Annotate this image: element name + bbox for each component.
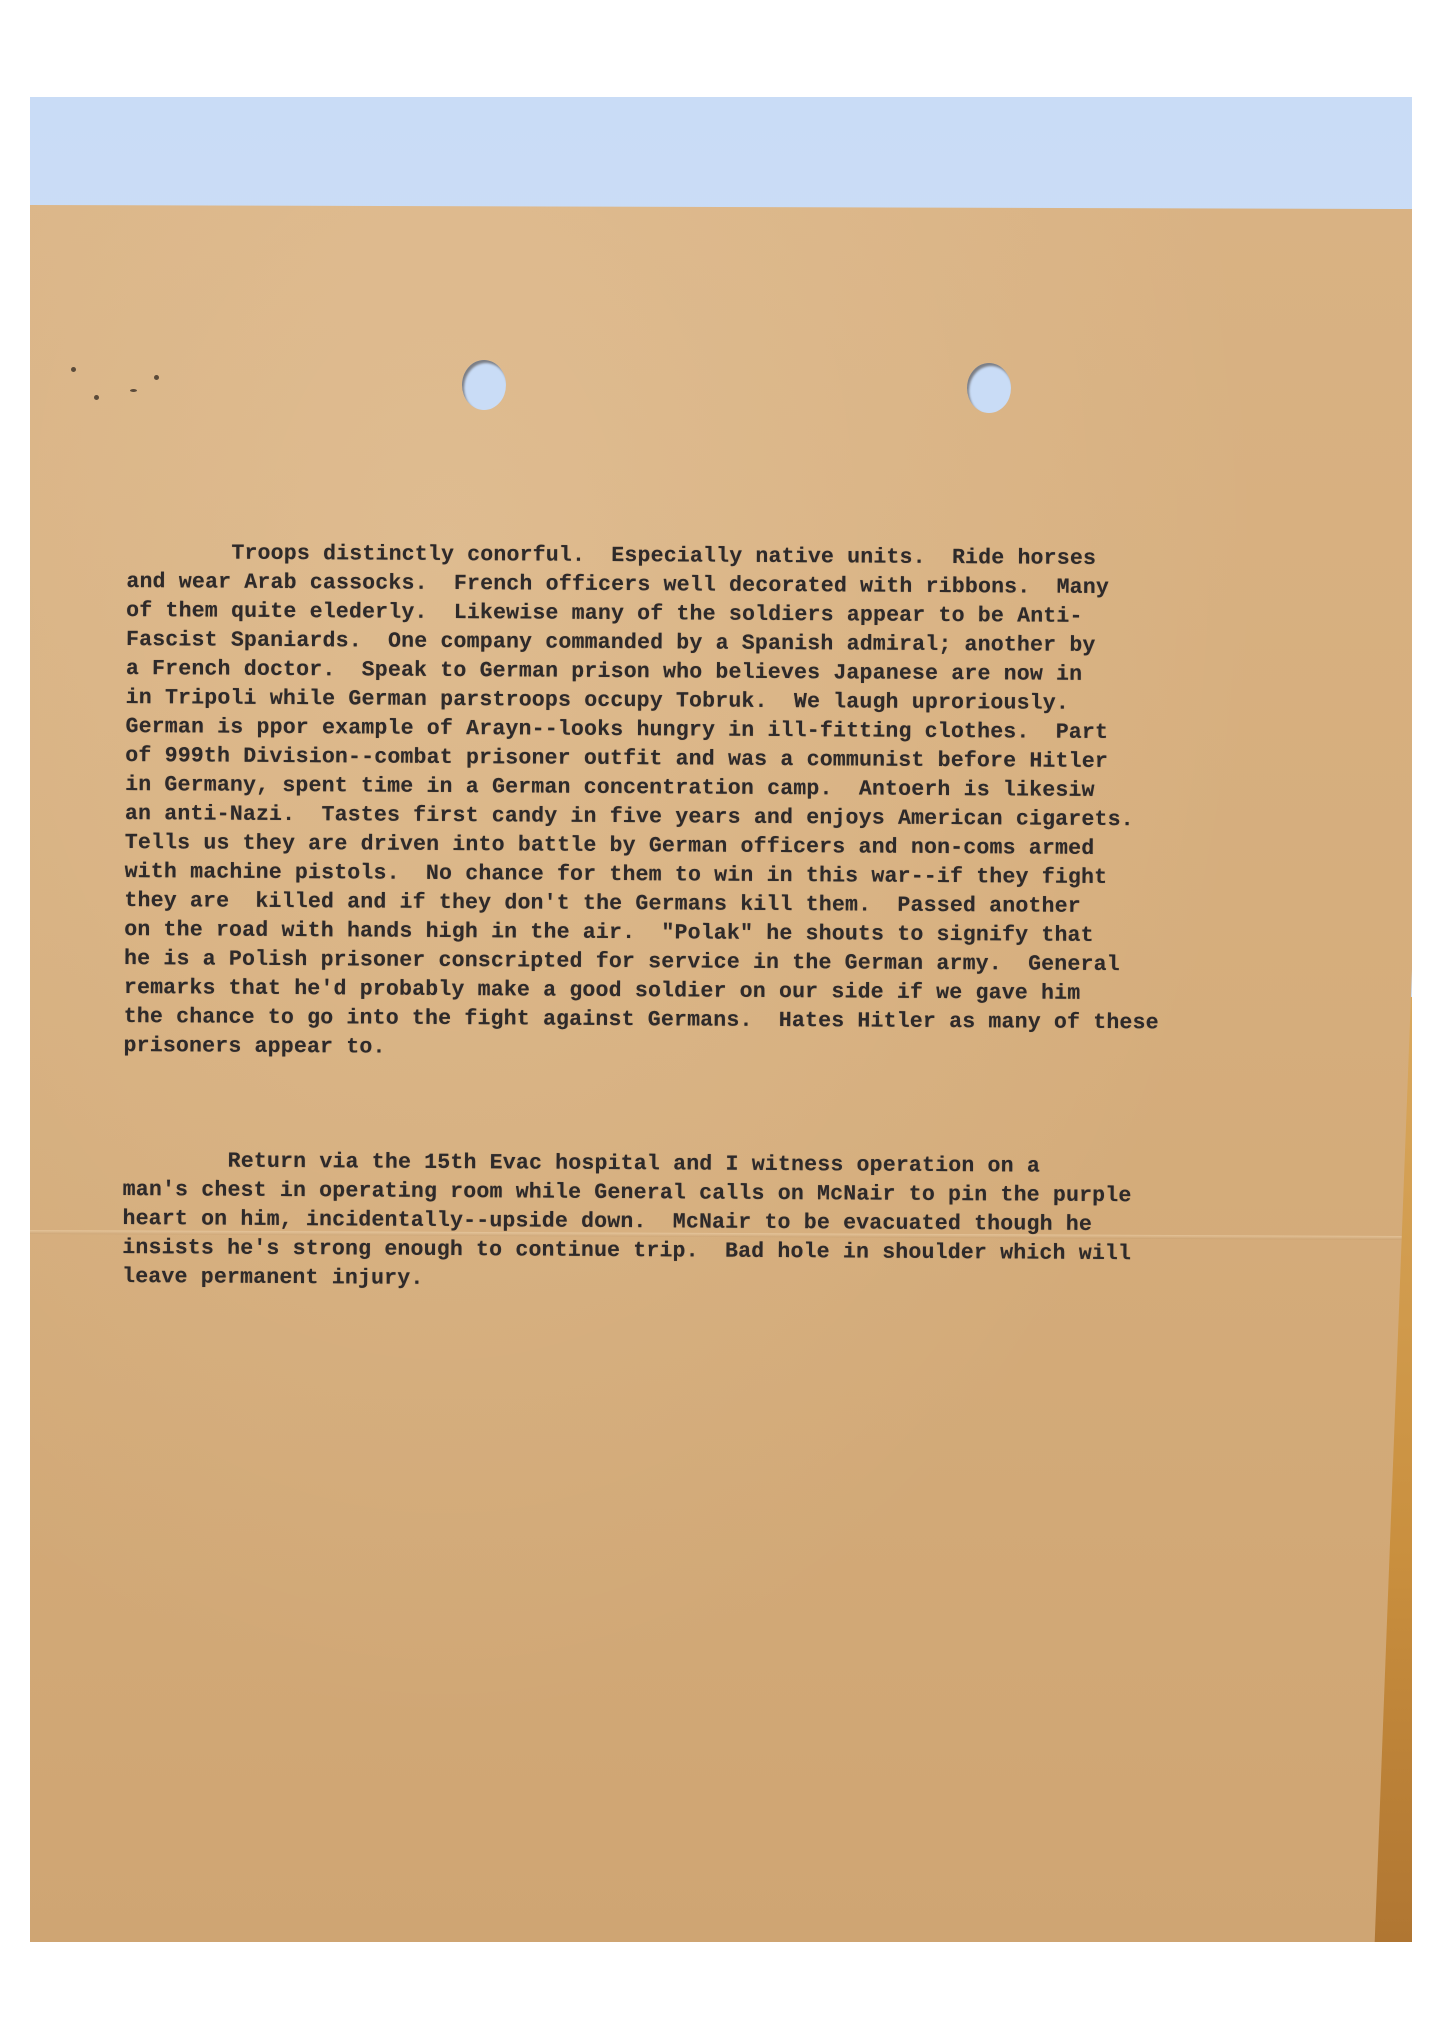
paper-speck (94, 395, 99, 400)
paper-speck (154, 375, 159, 380)
paragraph-troops: Troops distinctly conorful. Especially n… (123, 539, 1326, 1068)
typed-body: Troops distinctly conorful. Especially n… (122, 481, 1327, 1385)
punch-hole-icon (462, 360, 506, 410)
paper-speck (71, 367, 76, 372)
punch-hole-icon (967, 363, 1011, 413)
paragraph-return: Return via the 15th Evac hospital and I … (122, 1147, 1323, 1299)
paper-speck (130, 389, 137, 392)
typewritten-page: Troops distinctly conorful. Especially n… (30, 205, 1412, 1942)
backing-sheet-bleed-through (70, 103, 1170, 203)
typed-line: leave permanent injury. (122, 1263, 1322, 1299)
document-photo: Troops distinctly conorful. Especially n… (30, 97, 1412, 1942)
